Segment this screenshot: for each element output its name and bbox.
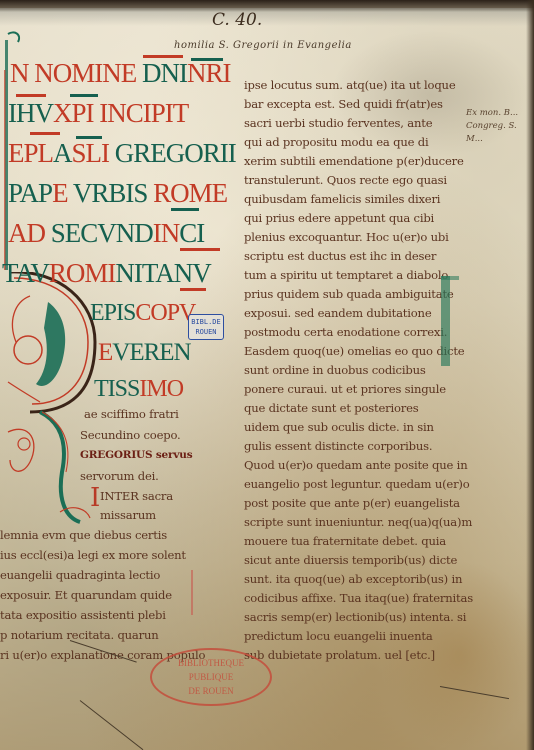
text-line: ponere curaui. ut et priores singule [244, 382, 446, 396]
text-line: ae sciffimo fratri [84, 407, 179, 421]
offset-green-initial [441, 276, 450, 366]
text-line: uidem que sub oculis dicte. in sin [244, 420, 434, 434]
text-line: post posite que ante p(er) euangelista [244, 496, 460, 510]
text-line: transtulerunt. Quos recte ego quasi [244, 173, 447, 187]
margin-rule [191, 570, 193, 615]
text-line: scriptu est ductus est ihc in deser [244, 249, 436, 263]
library-stamp-red: BIBLIOTHEQUE PUBLIQUE DE ROUEN [150, 648, 272, 706]
stamp-line: BIBLIOTHEQUE [152, 656, 270, 670]
text-line: mouere tua fraternitate debet. quia [244, 534, 446, 548]
text-line: exposui. sed eandem dubitatione [244, 306, 431, 320]
stamp-line: DE ROUEN [152, 684, 270, 698]
text-line: sicut ante diuersis temporib(us) dicte [244, 553, 457, 567]
left-text-column: ae sciffimo fratri Secundino coepo. GREG… [0, 0, 230, 750]
text-line: euangelio post leguntur. quedam u(er)o [244, 477, 470, 491]
text-line: qui ad propositu modu ea que di [244, 135, 429, 149]
right-text-column: ipse locutus sum. atq(ue) ita ut loque b… [244, 0, 464, 750]
text-line: que dictate sunt et posteriores [244, 401, 419, 415]
text-line: tum a spiritu ut temptaret a diabolo [244, 268, 448, 282]
text-line: ius eccl(esi)a legi ex more solent [0, 548, 186, 562]
text-line: prius quidem sub quada ambiguitate [244, 287, 454, 301]
text-line: servorum dei. [80, 469, 159, 483]
text-line-content: INTER sacra [100, 489, 173, 503]
margin-note-line: Ex mon. B... [466, 107, 534, 120]
text-line: sacri uerbi studio ferventes, ante [244, 116, 432, 130]
initial-letter: I [90, 483, 100, 513]
text-line: qui prius edere appetunt qua cibi [244, 211, 434, 225]
text-line: tata expositio assistenti plebi [0, 608, 166, 622]
margin-note: Ex mon. B... Congreg. S. M... [466, 107, 534, 146]
text-line: Quod u(er)o quedam ante posite que in [244, 458, 467, 472]
text-line: lemnia evm que diebus certis [0, 528, 167, 542]
text-line: xerim subtili emendatione p(er)ducere [244, 154, 464, 168]
text-line: plenius excoquantur. Hoc u(er)o ubi [244, 230, 449, 244]
text-line: sunt ordine in duobus codicibus [244, 363, 426, 377]
text-line: gulis essent distincte corporibus. [244, 439, 432, 453]
offset-green-initial [441, 276, 459, 280]
text-line: missarum [100, 508, 156, 522]
text-line: IINTER sacra [100, 489, 173, 503]
text-line: bar excepta est. Sed quidi fr(atr)es [244, 97, 443, 111]
text-line: codicibus affixe. Tua itaq(ue) fraternit… [244, 591, 473, 605]
text-line: GREGORIUS servus [80, 449, 192, 461]
stamp-line: PUBLIQUE [152, 670, 270, 684]
text-line: ipse locutus sum. atq(ue) ita ut loque [244, 78, 455, 92]
text-line: euangelii quadraginta lectio [0, 568, 160, 582]
manuscript-page: C. 40. homilia S. Gregorii in Evangelia … [0, 0, 534, 750]
text-line: exposuir. Et quarundam quide [0, 588, 172, 602]
text-line: p notarium recitata. quarun [0, 628, 159, 642]
text-line: sub dubietate prolatum. uel [etc.] [244, 648, 435, 662]
text-line: predictum locu euangelii inuenta [244, 629, 433, 643]
text-line: Easdem quoq(ue) omelias eo quo dicte [244, 344, 464, 358]
text-line: postmodu certa enodatione correxi. [244, 325, 447, 339]
text-line: sunt. ita quoq(ue) ab exceptorib(us) in [244, 572, 462, 586]
text-line: sacris semp(er) lectionib(us) intenta. s… [244, 610, 466, 624]
text-line: Secundino coepo. [80, 428, 181, 442]
text-line: scripte sunt inueniuntur. neq(ua)q(ua)m [244, 515, 472, 529]
text-line: quibusdam famelicis similes dixeri [244, 192, 440, 206]
margin-note-line: Congreg. S. M... [466, 120, 534, 146]
